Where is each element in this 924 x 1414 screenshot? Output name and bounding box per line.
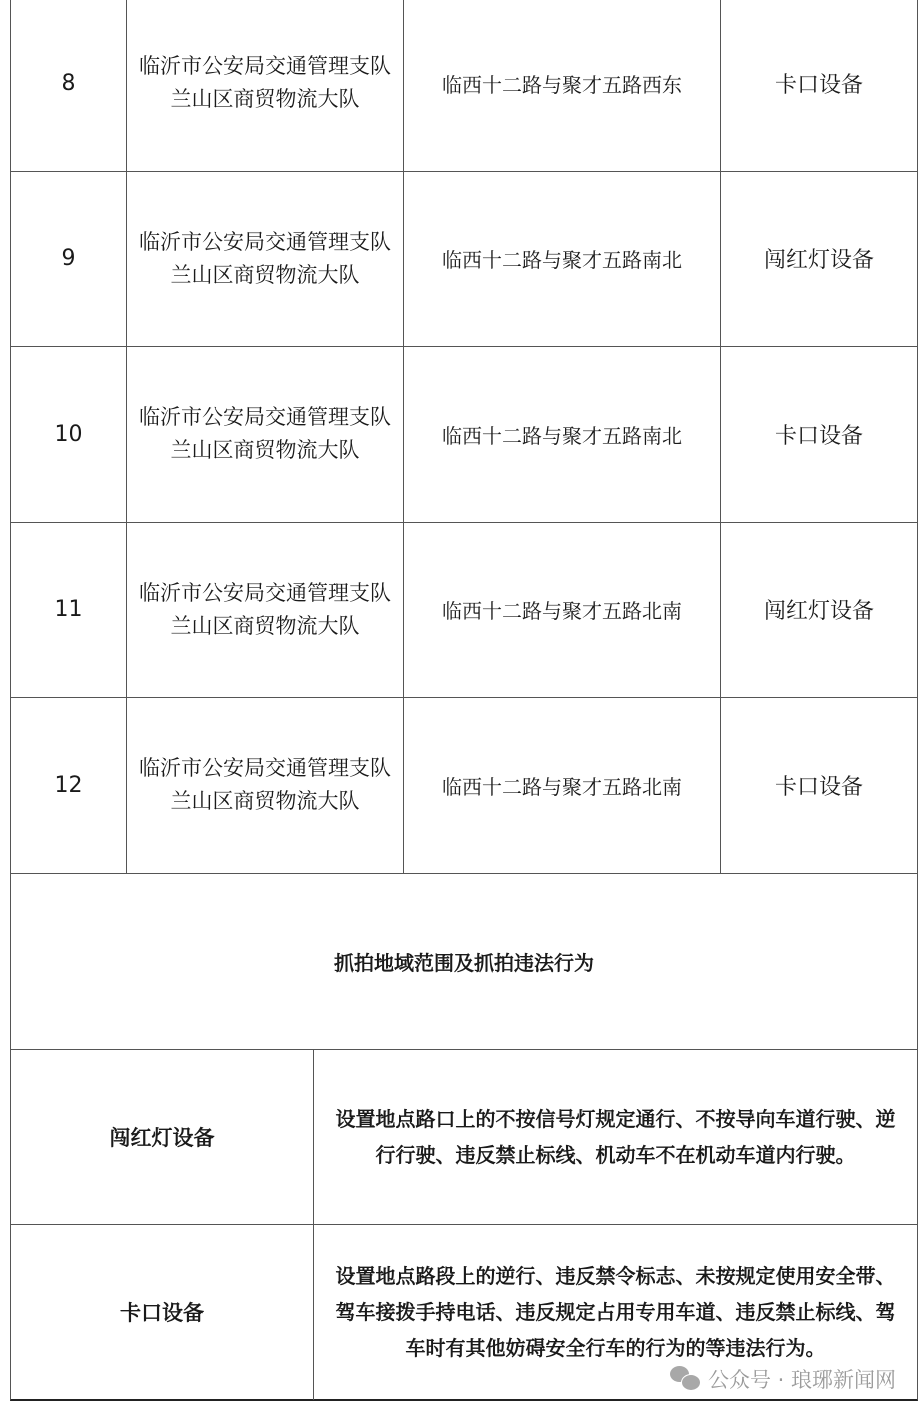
unit-name: 临沂市公安局交通管理支队兰山区商贸物流大队 <box>126 0 403 171</box>
device-type: 卡口设备 <box>720 347 917 522</box>
rule-device-type: 卡口设备 <box>11 1225 313 1400</box>
location: 临西十二路与聚才五路南北 <box>403 172 720 347</box>
device-type: 卡口设备 <box>720 0 917 171</box>
row-number: 12 <box>11 698 126 873</box>
unit-name: 临沂市公安局交通管理支队兰山区商贸物流大队 <box>126 698 403 873</box>
device-type: 闯红灯设备 <box>720 523 917 698</box>
camera-device-table: 8 临沂市公安局交通管理支队兰山区商贸物流大队 临西十二路与聚才五路西东 卡口设… <box>10 0 918 1401</box>
location: 临西十二路与聚才五路北南 <box>403 698 720 873</box>
unit-name: 临沂市公安局交通管理支队兰山区商贸物流大队 <box>126 347 403 522</box>
table-row: 11 临沂市公安局交通管理支队兰山区商贸物流大队 临西十二路与聚才五路北南 闯红… <box>11 523 917 699</box>
wechat-icon <box>670 1366 700 1392</box>
watermark: 公众号 · 琅琊新闻网 <box>670 1364 896 1394</box>
location: 临西十二路与聚才五路南北 <box>403 347 720 522</box>
section-title-row: 抓拍地域范围及抓拍违法行为 <box>11 874 917 1050</box>
location: 临西十二路与聚才五路西东 <box>403 0 720 171</box>
rule-description: 设置地点路口上的不按信号灯规定通行、不按导向车道行驶、逆行行驶、违反禁止标线、机… <box>313 1050 917 1224</box>
row-number: 9 <box>11 172 126 347</box>
rule-device-type: 闯红灯设备 <box>11 1050 313 1224</box>
location: 临西十二路与聚才五路北南 <box>403 523 720 698</box>
row-number: 11 <box>11 523 126 698</box>
table-row: 8 临沂市公安局交通管理支队兰山区商贸物流大队 临西十二路与聚才五路西东 卡口设… <box>11 0 917 172</box>
section-title: 抓拍地域范围及抓拍违法行为 <box>11 874 917 1049</box>
device-type: 闯红灯设备 <box>720 172 917 347</box>
row-number: 10 <box>11 347 126 522</box>
unit-name: 临沂市公安局交通管理支队兰山区商贸物流大队 <box>126 523 403 698</box>
watermark-text: 公众号 · 琅琊新闻网 <box>708 1364 896 1394</box>
unit-name: 临沂市公安局交通管理支队兰山区商贸物流大队 <box>126 172 403 347</box>
table-row: 12 临沂市公安局交通管理支队兰山区商贸物流大队 临西十二路与聚才五路北南 卡口… <box>11 698 917 874</box>
device-type: 卡口设备 <box>720 698 917 873</box>
table-row: 9 临沂市公安局交通管理支队兰山区商贸物流大队 临西十二路与聚才五路南北 闯红灯… <box>11 172 917 348</box>
row-number: 8 <box>11 0 126 171</box>
rule-row: 闯红灯设备 设置地点路口上的不按信号灯规定通行、不按导向车道行驶、逆行行驶、违反… <box>11 1050 917 1225</box>
table-row: 10 临沂市公安局交通管理支队兰山区商贸物流大队 临西十二路与聚才五路南北 卡口… <box>11 347 917 523</box>
